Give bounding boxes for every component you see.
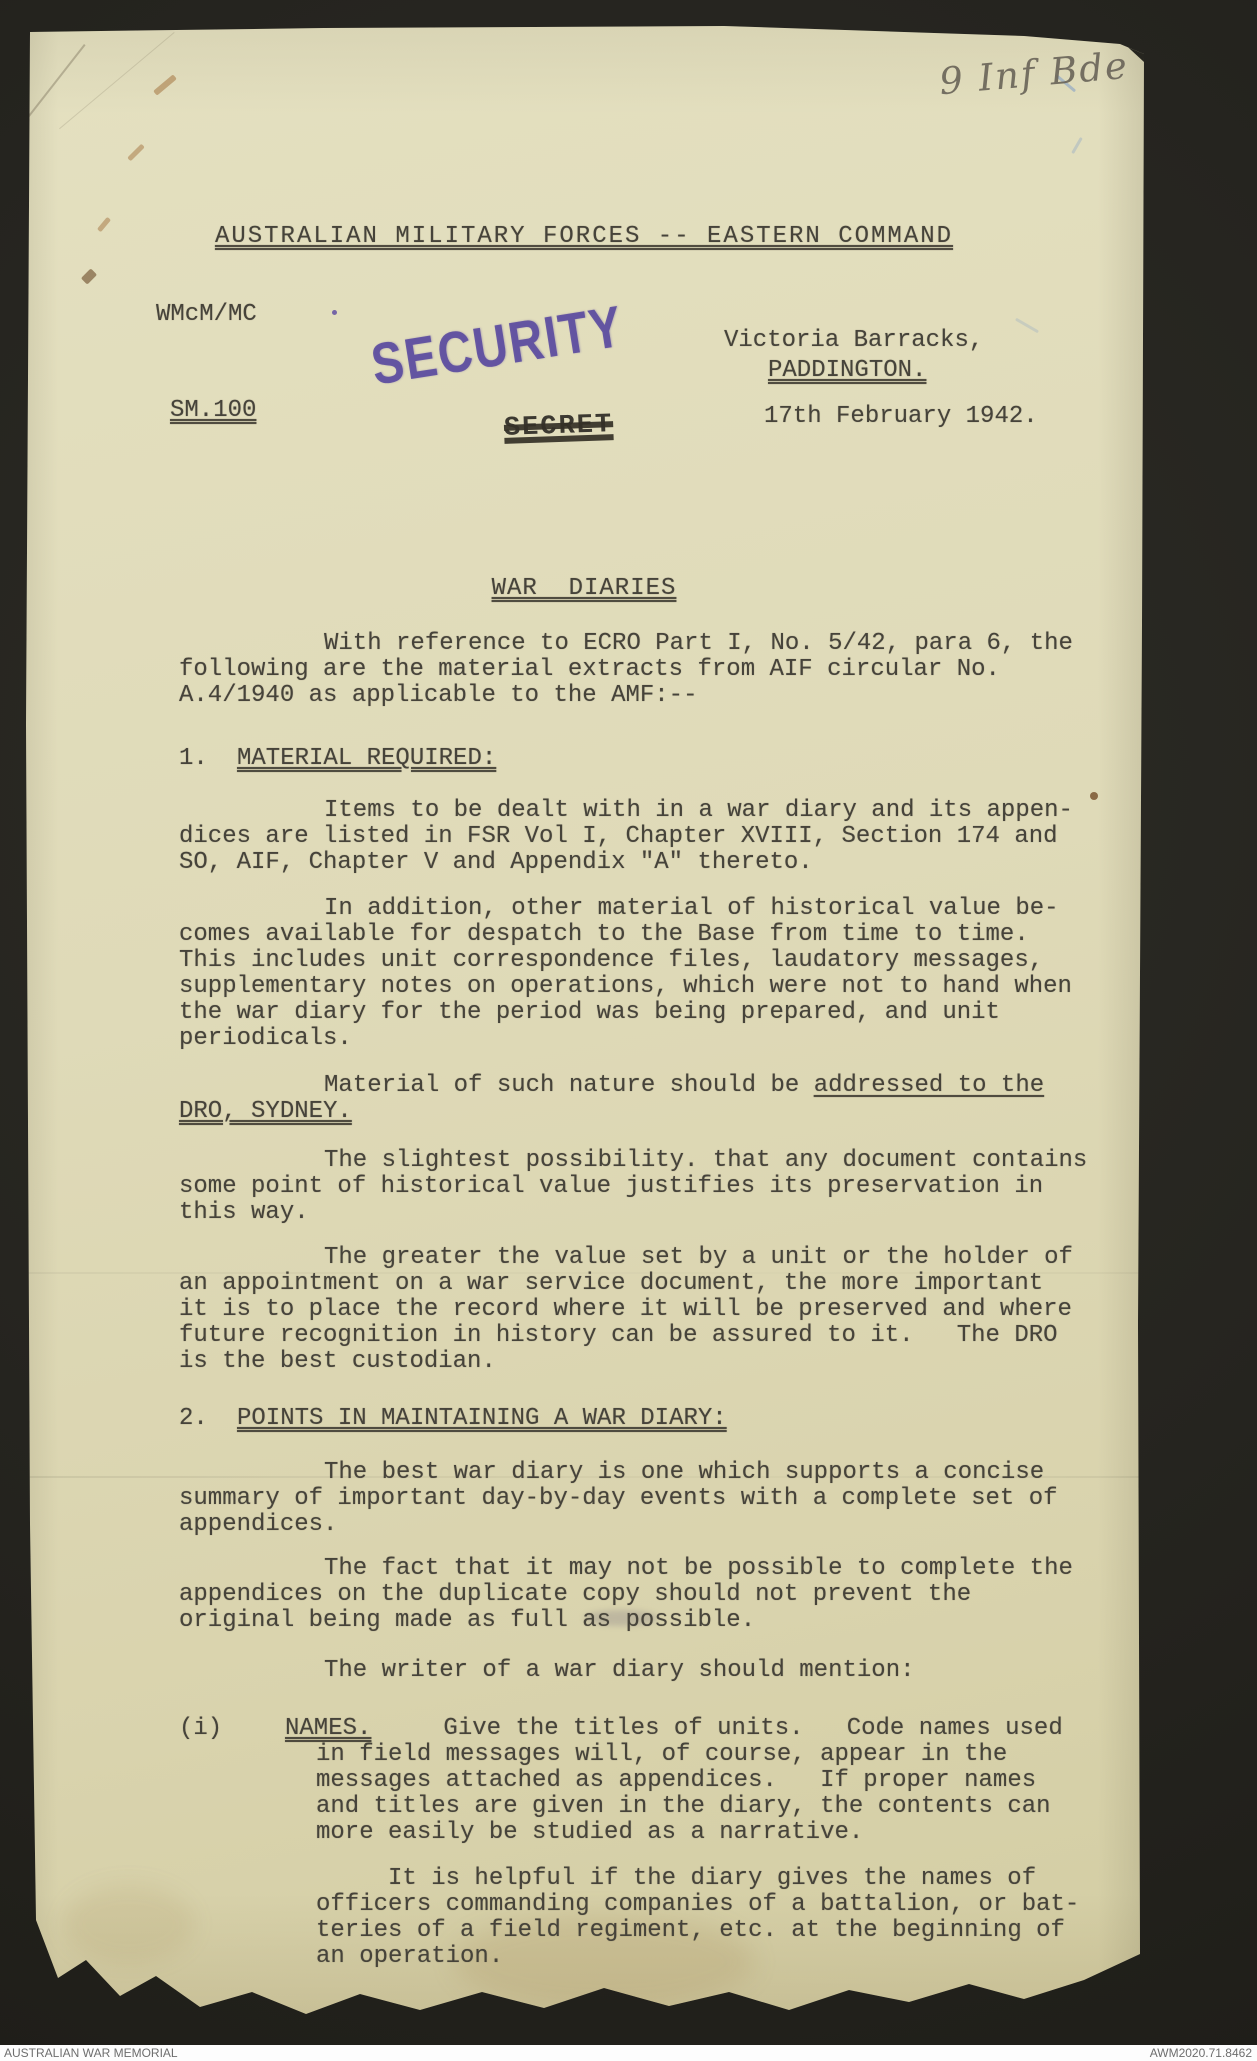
text-line: teries of a field regiment, etc. at the … (316, 1918, 1079, 1944)
rust-mark (81, 268, 97, 284)
paper-sheet: 9 Inf Bde AUSTRALIAN MILITARY FORCES -- … (24, 24, 1144, 2024)
text-line: in field messages will, of course, appea… (316, 1742, 1063, 1768)
underlined-phrase: addressed to the (814, 1072, 1044, 1099)
text-line: officers commanding companies of a batta… (316, 1892, 1079, 1918)
section-2-heading: 2.POINTS IN MAINTAINING A WAR DIARY: (179, 1406, 727, 1432)
text-line: SO, AIF, Chapter V and Appendix "A" ther… (179, 850, 1073, 876)
text-line: summary of important day-by-day events w… (179, 1486, 1058, 1512)
file-number: SM.100 (170, 398, 256, 424)
paper-stain (64, 1884, 194, 1964)
section-1-paragraph-2: In addition, other material of historica… (179, 896, 1072, 1052)
text-line: DRO, SYDNEY. (179, 1099, 1044, 1125)
struck-classification-text: SECRET (504, 410, 614, 444)
section-1-paragraph-3: Material of such nature should be addres… (179, 1073, 1044, 1125)
list-item-i: (i)NAMES. Give the titles of units. Code… (179, 1716, 1063, 1846)
archive-id: AWM2020.71.8462 (1150, 2045, 1252, 2061)
reference-initials: WMcM/MC (156, 302, 257, 328)
text-line: future recognition in history can be ass… (179, 1323, 1073, 1349)
section-1-paragraph-4: The slightest possibility. that any docu… (179, 1148, 1087, 1226)
section-1-number: 1. (179, 746, 237, 772)
text-line: messages attached as appendices. If prop… (316, 1768, 1063, 1794)
text-line: this way. (179, 1200, 1087, 1226)
section-2-paragraph-1: The best war diary is one which supports… (179, 1460, 1058, 1538)
text-line: Material of such nature should be addres… (179, 1073, 1044, 1099)
text-line: and titles are given in the diary, the c… (316, 1794, 1063, 1820)
letterhead-title-row: AUSTRALIAN MILITARY FORCES -- EASTERN CO… (24, 224, 1144, 250)
text-line: (i)NAMES. Give the titles of units. Code… (179, 1716, 1063, 1742)
section-2-number: 2. (179, 1406, 237, 1432)
item-term: NAMES. (285, 1715, 371, 1742)
text-line: appendices on the duplicate copy should … (179, 1582, 1073, 1608)
section-2-paragraph-2: The fact that it may not be possible to … (179, 1556, 1073, 1634)
scanned-document-photo: { "archive_bar": { "label": "AUSTRALIAN … (0, 0, 1257, 2061)
item-continuation: in field messages will, of course, appea… (316, 1742, 1063, 1846)
text-line: comes available for despatch to the Base… (179, 922, 1072, 948)
text-line: It is helpful if the diary gives the nam… (316, 1866, 1079, 1892)
section-1-title: MATERIAL REQUIRED: (237, 745, 496, 772)
text-line: is the best custodian. (179, 1349, 1073, 1375)
text-line: The writer of a war diary should mention… (179, 1658, 915, 1684)
section-2-paragraph-3: The writer of a war diary should mention… (179, 1658, 915, 1684)
archive-label: AUSTRALIAN WAR MEMORIAL (4, 2045, 178, 2061)
text-line: an appointment on a war service document… (179, 1271, 1073, 1297)
text-line: the war diary for the period was being p… (179, 1000, 1072, 1026)
text-line: it is to place the record where it will … (179, 1297, 1073, 1323)
text-line: The fact that it may not be possible to … (179, 1556, 1073, 1582)
corner-crease (0, 44, 86, 305)
text-line: more easily be studied as a narrative. (316, 1820, 1063, 1846)
document-title-row: WAR DIARIES (24, 576, 1144, 602)
address-line-2: PADDINGTON. (768, 358, 926, 384)
blue-pencil-mark (1071, 137, 1083, 154)
address-text-1: Victoria Barracks, (724, 328, 983, 354)
text-line: following are the material extracts from… (179, 657, 1073, 683)
text-line: appendices. (179, 1512, 1058, 1538)
ink-speck (332, 310, 337, 315)
handwritten-note: 9 Inf Bde (937, 44, 1130, 103)
section-1-paragraph-5: The greater the value set by a unit or t… (179, 1245, 1073, 1375)
letterhead-title: AUSTRALIAN MILITARY FORCES -- EASTERN CO… (215, 223, 953, 250)
date-text: 17th February 1942. (764, 404, 1038, 430)
address-line-1: Victoria Barracks, (724, 328, 983, 354)
document-title: WAR DIARIES (492, 575, 677, 602)
text-line: The best war diary is one which supports… (179, 1460, 1058, 1486)
text-line: an operation. (316, 1944, 1079, 1970)
item-first-line: Give the titles of units. Code names use… (371, 1715, 1062, 1742)
text-line: The greater the value set by a unit or t… (179, 1245, 1073, 1271)
text-line: some point of historical value justifies… (179, 1174, 1087, 1200)
archive-caption-bar: AUSTRALIAN WAR MEMORIAL AWM2020.71.8462 (0, 2045, 1257, 2061)
text-line: dices are listed in FSR Vol I, Chapter X… (179, 824, 1073, 850)
blue-pencil-mark (1015, 318, 1039, 334)
section-2-title: POINTS IN MAINTAINING A WAR DIARY: (237, 1405, 727, 1432)
item-label: (i) (179, 1716, 285, 1742)
text-line: A.4/1940 as applicable to the AMF:-- (179, 683, 1073, 709)
paragraph-3-prefix: Material of such nature should be (324, 1072, 814, 1099)
text-line: This includes unit correspondence files,… (179, 948, 1072, 974)
address-text-2: PADDINGTON. (768, 357, 926, 384)
date-line: 17th February 1942. (764, 404, 1038, 430)
item-closing-paragraph: It is helpful if the diary gives the nam… (316, 1866, 1079, 1970)
text-line: With reference to ECRO Part I, No. 5/42,… (179, 631, 1073, 657)
text-line: Items to be dealt with in a war diary an… (179, 798, 1073, 824)
paper-blemish (1090, 792, 1098, 800)
intro-paragraph: With reference to ECRO Part I, No. 5/42,… (179, 631, 1073, 709)
underlined-phrase: DRO, SYDNEY. (179, 1098, 352, 1125)
text-line: supplementary notes on operations, which… (179, 974, 1072, 1000)
reference-text: WMcM/MC (156, 302, 257, 328)
rust-mark (153, 74, 177, 95)
section-1-heading: 1.MATERIAL REQUIRED: (179, 746, 496, 772)
text-line: In addition, other material of historica… (179, 896, 1072, 922)
security-stamp: SECURITY (367, 293, 628, 399)
file-number-text: SM.100 (170, 397, 256, 424)
corner-crease-minor (59, 32, 175, 129)
rust-mark (127, 144, 145, 162)
section-1-paragraph-1: Items to be dealt with in a war diary an… (179, 798, 1073, 876)
text-line: The slightest possibility. that any docu… (179, 1148, 1087, 1174)
text-line: periodicals. (179, 1026, 1072, 1052)
text-line: original being made as full as possible. (179, 1608, 1073, 1634)
